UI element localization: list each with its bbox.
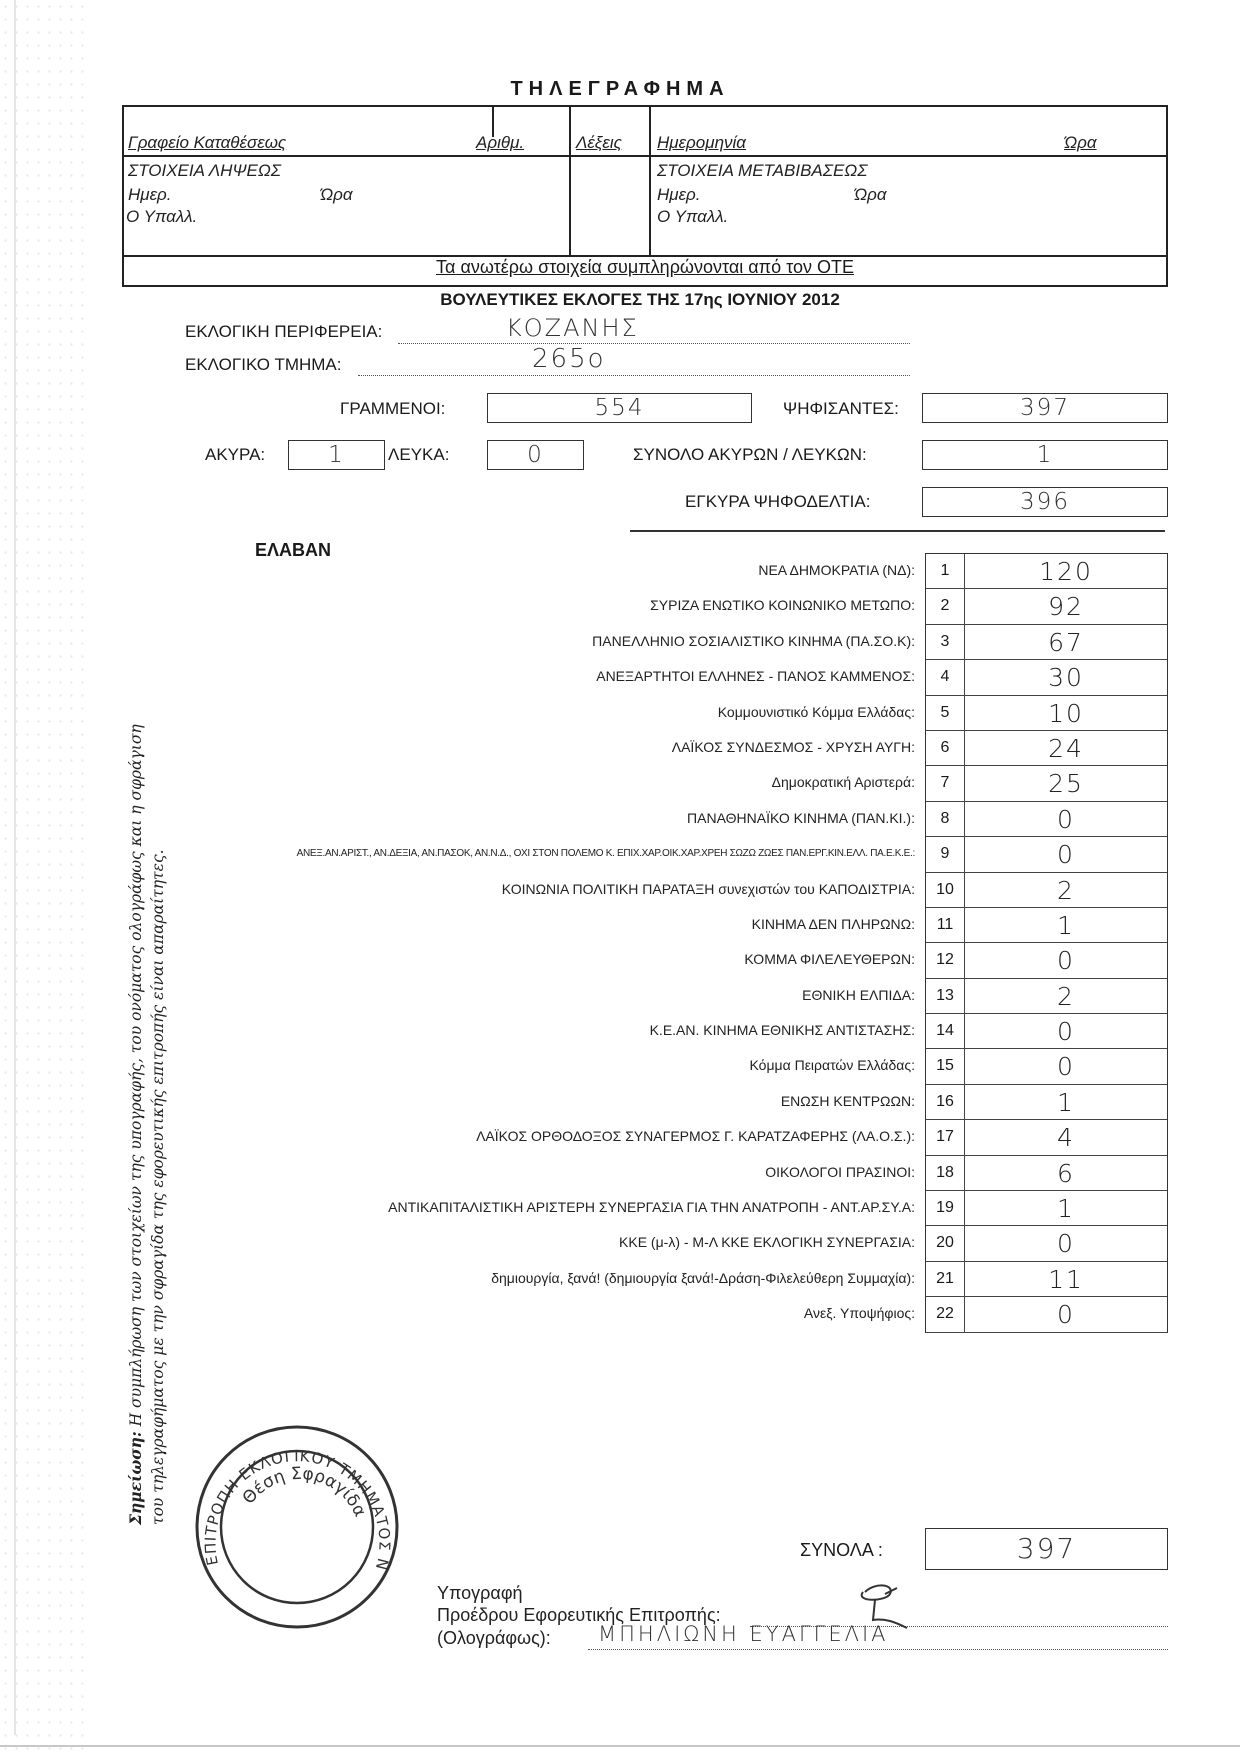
party-votes: 24 <box>965 731 1167 765</box>
number-label: Αριθμ. <box>476 133 524 153</box>
polling-station-value: 265ο <box>532 344 606 374</box>
totals-label: ΣΥΝΟΛΑ : <box>800 1540 883 1561</box>
party-index: 1 <box>926 554 965 588</box>
reception-date-label: Ημερ. <box>128 185 172 205</box>
committee-stamp-icon: ΕΠΙΤΡΟΠΗ ΕΚΛΟΓΙΚΟΥ ΤΜΗΜΑΤΟΣ Ν. ΚΟΖΑΝΗΣ Ε… <box>190 1420 405 1635</box>
party-votes: 0 <box>965 1014 1167 1048</box>
party-index: 16 <box>926 1085 965 1119</box>
table-row: 140 <box>926 1014 1167 1049</box>
party-index: 11 <box>926 908 965 942</box>
transmission-date-label: Ημερ. <box>657 185 701 205</box>
voted-value: 397 <box>922 393 1168 423</box>
ote-header-box: Γραφείο Καταθέσεως Αριθμ. Λέξεις Ημερομη… <box>122 105 1168 287</box>
voted-label: ΨΗΦΙΣΑΝΤΕΣ: <box>783 399 899 419</box>
party-index: 8 <box>926 802 965 836</box>
party-votes: 4 <box>965 1120 1167 1154</box>
blank-label: ΛΕΥΚΑ: <box>388 445 449 465</box>
valid-ballots-label: ΕΓΚΥΡΑ ΨΗΦΟΔΕΛΤΙΑ: <box>685 492 870 512</box>
invalid-blank-total-label: ΣΥΝΟΛΟ ΑΚΥΡΩΝ / ΛΕΥΚΩΝ: <box>633 445 867 465</box>
table-row: 624 <box>926 731 1167 766</box>
table-row: 292 <box>926 589 1167 624</box>
transmission-clerk-label: Ο Υπαλλ. <box>657 207 728 227</box>
party-votes: 25 <box>965 766 1167 800</box>
party-votes: 30 <box>965 660 1167 694</box>
party-name: ΑΝΤΙΚΑΠΙΤΑΛΙΣΤΙΚΗ ΑΡΙΣΤΕΡΗ ΣΥΝΕΡΓΑΣΙΑ ΓΙ… <box>297 1190 915 1225</box>
party-index: 5 <box>926 696 965 730</box>
table-row: 220 <box>926 1297 1167 1332</box>
reception-clerk-label: Ο Υπαλλ. <box>126 207 197 227</box>
party-name: ΚΚΕ (μ-λ) - Μ-Λ ΚΚΕ ΕΚΛΟΓΙΚΗ ΣΥΝΕΡΓΑΣΙΑ: <box>297 1225 915 1260</box>
party-index: 7 <box>926 766 965 800</box>
reception-heading: ΣΤΟΙΧΕΙΑ ΛΗΨΕΩΣ <box>128 161 281 181</box>
results-table: 1120292367430510624725809010211112013214… <box>925 553 1168 1333</box>
table-row: 150 <box>926 1049 1167 1084</box>
valid-ballots-value: 396 <box>922 487 1168 517</box>
party-name: ΑΝΕΞ.ΑΝ.ΑΡΙΣΤ., ΑΝ.ΔΕΞΙΑ, ΑΝ.ΠΑΣΟΚ, ΑΝ.Ν… <box>297 836 915 871</box>
party-votes: 1 <box>965 908 1167 942</box>
party-votes: 0 <box>965 837 1167 871</box>
table-row: 1120 <box>926 554 1167 589</box>
table-row: 120 <box>926 943 1167 978</box>
note-prefix: Σημείωση: <box>126 1431 145 1525</box>
party-name: Δημοκρατική Αριστερά: <box>297 765 915 800</box>
party-name: ΚΙΝΗΜΑ ΔΕΝ ΠΛΗΡΩΝΩ: <box>297 907 915 942</box>
party-votes: 10 <box>965 696 1167 730</box>
table-row: 191 <box>926 1191 1167 1226</box>
invalid-blank-total-value: 1 <box>922 440 1168 470</box>
table-row: 186 <box>926 1156 1167 1191</box>
party-index: 15 <box>926 1049 965 1083</box>
party-votes: 0 <box>965 1049 1167 1083</box>
table-row: 174 <box>926 1120 1167 1155</box>
party-labels: ΝΕΑ ΔΗΜΟΚΡΑΤΙΑ (ΝΔ):ΣΥΡΙΖΑ ΕΝΩΤΙΚΟ ΚΟΙΝΩ… <box>297 553 915 1332</box>
party-index: 20 <box>926 1226 965 1260</box>
name-in-words-label: (Ολογράφως): <box>437 1628 551 1649</box>
table-row: 80 <box>926 802 1167 837</box>
party-index: 14 <box>926 1014 965 1048</box>
party-name: ΛΑΪΚΟΣ ΟΡΘΟΔΟΞΟΣ ΣΥΝΑΓΕΡΜΟΣ Γ. ΚΑΡΑΤΖΑΦΕ… <box>297 1119 915 1154</box>
party-votes: 6 <box>965 1156 1167 1190</box>
party-index: 4 <box>926 660 965 694</box>
invalid-value: 1 <box>288 440 385 470</box>
party-name: ΠΑΝΑΘΗΝΑΪΚΟ ΚΙΝΗΜΑ (ΠΑΝ.ΚΙ.): <box>297 801 915 836</box>
constituency-value: ΚΟΖΑΝΗΣ <box>506 314 639 342</box>
table-row: 367 <box>926 625 1167 660</box>
polling-station-label: ΕΚΛΟΓΙΚΟ ΤΜΗΜΑ: <box>185 355 342 375</box>
party-name: ΠΑΝΕΛΛΗΝΙΟ ΣΟΣΙΑΛΙΣΤΙΚΟ ΚΙΝΗΜΑ (ΠΑ.ΣΟ.Κ)… <box>297 624 915 659</box>
page-edge <box>0 1745 1240 1747</box>
blank-value: 0 <box>487 440 584 470</box>
party-votes: 92 <box>965 589 1167 623</box>
constituency-dotted-line <box>398 342 910 344</box>
party-votes: 2 <box>965 873 1167 907</box>
party-name: ΛΑΪΚΟΣ ΣΥΝΔΕΣΜΟΣ - ΧΡΥΣΗ ΑΥΓΗ: <box>297 730 915 765</box>
party-index: 9 <box>926 837 965 871</box>
party-name: Κομμουνιστικό Κόμμα Ελλάδας: <box>297 695 915 730</box>
party-votes: 0 <box>965 1297 1167 1331</box>
party-votes: 0 <box>965 1226 1167 1260</box>
registered-label: ΓΡΑΜΜΕΝΟΙ: <box>340 399 445 419</box>
party-index: 18 <box>926 1156 965 1190</box>
party-index: 22 <box>926 1297 965 1331</box>
party-name: ΕΝΩΣΗ ΚΕΝΤΡΩΩΝ: <box>297 1084 915 1119</box>
table-row: 725 <box>926 766 1167 801</box>
party-votes: 0 <box>965 802 1167 836</box>
totals-value: 397 <box>925 1528 1168 1570</box>
table-row: 200 <box>926 1226 1167 1261</box>
name-dotted-line <box>588 1648 1168 1650</box>
party-index: 10 <box>926 873 965 907</box>
party-votes: 1 <box>965 1085 1167 1119</box>
transmission-heading: ΣΤΟΙΧΕΙΑ ΜΕΤΑΒΙΒΑΣΕΩΣ <box>657 161 867 181</box>
date-label: Ημερομηνία <box>657 133 746 153</box>
transmission-time-label: Ώρα <box>854 185 887 205</box>
party-name: ΟΙΚΟΛΟΓΟΙ ΠΡΑΣΙΝΟΙ: <box>297 1155 915 1190</box>
time-label: Ώρα <box>1064 133 1097 153</box>
party-votes: 1 <box>965 1191 1167 1225</box>
party-votes: 120 <box>965 554 1167 588</box>
reception-time-label: Ώρα <box>320 185 353 205</box>
note-line-1: Η συμπλήρωση των στοιχείων της υπογραφής… <box>127 724 145 1431</box>
vertical-note: Σημείωση: Η συμπλήρωση των στοιχείων της… <box>125 525 169 1525</box>
party-votes: 11 <box>965 1262 1167 1296</box>
signature-label: Υπογραφή <box>437 1583 523 1604</box>
party-name: ΝΕΑ ΔΗΜΟΚΡΑΤΙΑ (ΝΔ): <box>297 553 915 588</box>
party-index: 2 <box>926 589 965 623</box>
table-row: 90 <box>926 837 1167 872</box>
document-title: ΤΗΛΕΓΡΑΦΗΜΑ <box>0 78 1240 101</box>
polling-station-dotted-line <box>358 374 910 376</box>
table-row: 510 <box>926 696 1167 731</box>
ote-footer-note: Τα ανωτέρω στοιχεία συμπληρώνονται από τ… <box>436 257 854 277</box>
results-divider <box>630 530 1165 532</box>
party-index: 12 <box>926 943 965 977</box>
table-row: 2111 <box>926 1262 1167 1297</box>
table-row: 111 <box>926 908 1167 943</box>
party-votes: 67 <box>965 625 1167 659</box>
party-index: 19 <box>926 1191 965 1225</box>
party-votes: 2 <box>965 979 1167 1013</box>
party-name: ΚΟΙΝΩΝΙΑ ΠΟΛΙΤΙΚΗ ΠΑΡΑΤΑΞΗ συνεχιστών το… <box>297 872 915 907</box>
party-index: 3 <box>926 625 965 659</box>
words-label: Λέξεις <box>576 133 622 153</box>
party-name: Κόμμα Πειρατών Ελλάδας: <box>297 1048 915 1083</box>
party-name: Ανεξ. Υποψήφιος: <box>297 1296 915 1331</box>
party-name: ΚΟΜΜΑ ΦΙΛΕΛΕΥΘΕΡΩΝ: <box>297 942 915 977</box>
party-index: 13 <box>926 979 965 1013</box>
table-row: 161 <box>926 1085 1167 1120</box>
invalid-label: ΑΚΥΡΑ: <box>205 445 265 465</box>
party-index: 6 <box>926 731 965 765</box>
party-name: δημιουργία, ξανά! (δημιουργία ξανά!-Δράσ… <box>297 1261 915 1296</box>
party-name: ΑΝΕΞΑΡΤΗΤΟΙ ΕΛΛΗΝΕΣ - ΠΑΝΟΣ ΚΑΜΜΕΝΟΣ: <box>297 659 915 694</box>
party-name: Κ.Ε.ΑΝ. ΚΙΝΗΜΑ ΕΘΝΙΚΗΣ ΑΝΤΙΣΤΑΣΗΣ: <box>297 1013 915 1048</box>
deposit-office-label: Γραφείο Καταθέσεως <box>128 133 286 153</box>
svg-text:ΕΠΙΤΡΟΠΗ ΕΚΛΟΓΙΚΟΥ ΤΜΗΜΑΤΟΣ Ν.: ΕΠΙΤΡΟΠΗ ΕΚΛΟΓΙΚΟΥ ΤΜΗΜΑΤΟΣ Ν. ΚΟΖΑΝΗΣ Ε… <box>190 1420 394 1573</box>
table-row: 132 <box>926 979 1167 1014</box>
party-name: ΕΘΝΙΚΗ ΕΛΠΙΔΑ: <box>297 978 915 1013</box>
election-title: ΒΟΥΛΕΥΤΙΚΕΣ ΕΚΛΟΓΕΣ ΤΗΣ 17ης ΙΟΥΝΙΟΥ 201… <box>0 290 1240 310</box>
party-votes: 0 <box>965 943 1167 977</box>
note-line-2: του τηλεγραφήματος με την σφραγίδα της ε… <box>147 525 169 1525</box>
constituency-label: ΕΚΛΟΓΙΚΗ ΠΕΡΙΦΕΡΕΙΑ: <box>185 322 382 342</box>
table-row: 102 <box>926 873 1167 908</box>
party-index: 21 <box>926 1262 965 1296</box>
party-index: 17 <box>926 1120 965 1154</box>
page-edge <box>14 0 16 1735</box>
party-name: ΣΥΡΙΖΑ ΕΝΩΤΙΚΟ ΚΟΙΝΩΝΙΚΟ ΜΕΤΩΠΟ: <box>297 588 915 623</box>
table-row: 430 <box>926 660 1167 695</box>
registered-value: 554 <box>487 393 752 423</box>
president-name: ΜΠΗΛΙΩΝΗ ΕΥΑΓΓΕΛΙΑ <box>598 1622 889 1646</box>
